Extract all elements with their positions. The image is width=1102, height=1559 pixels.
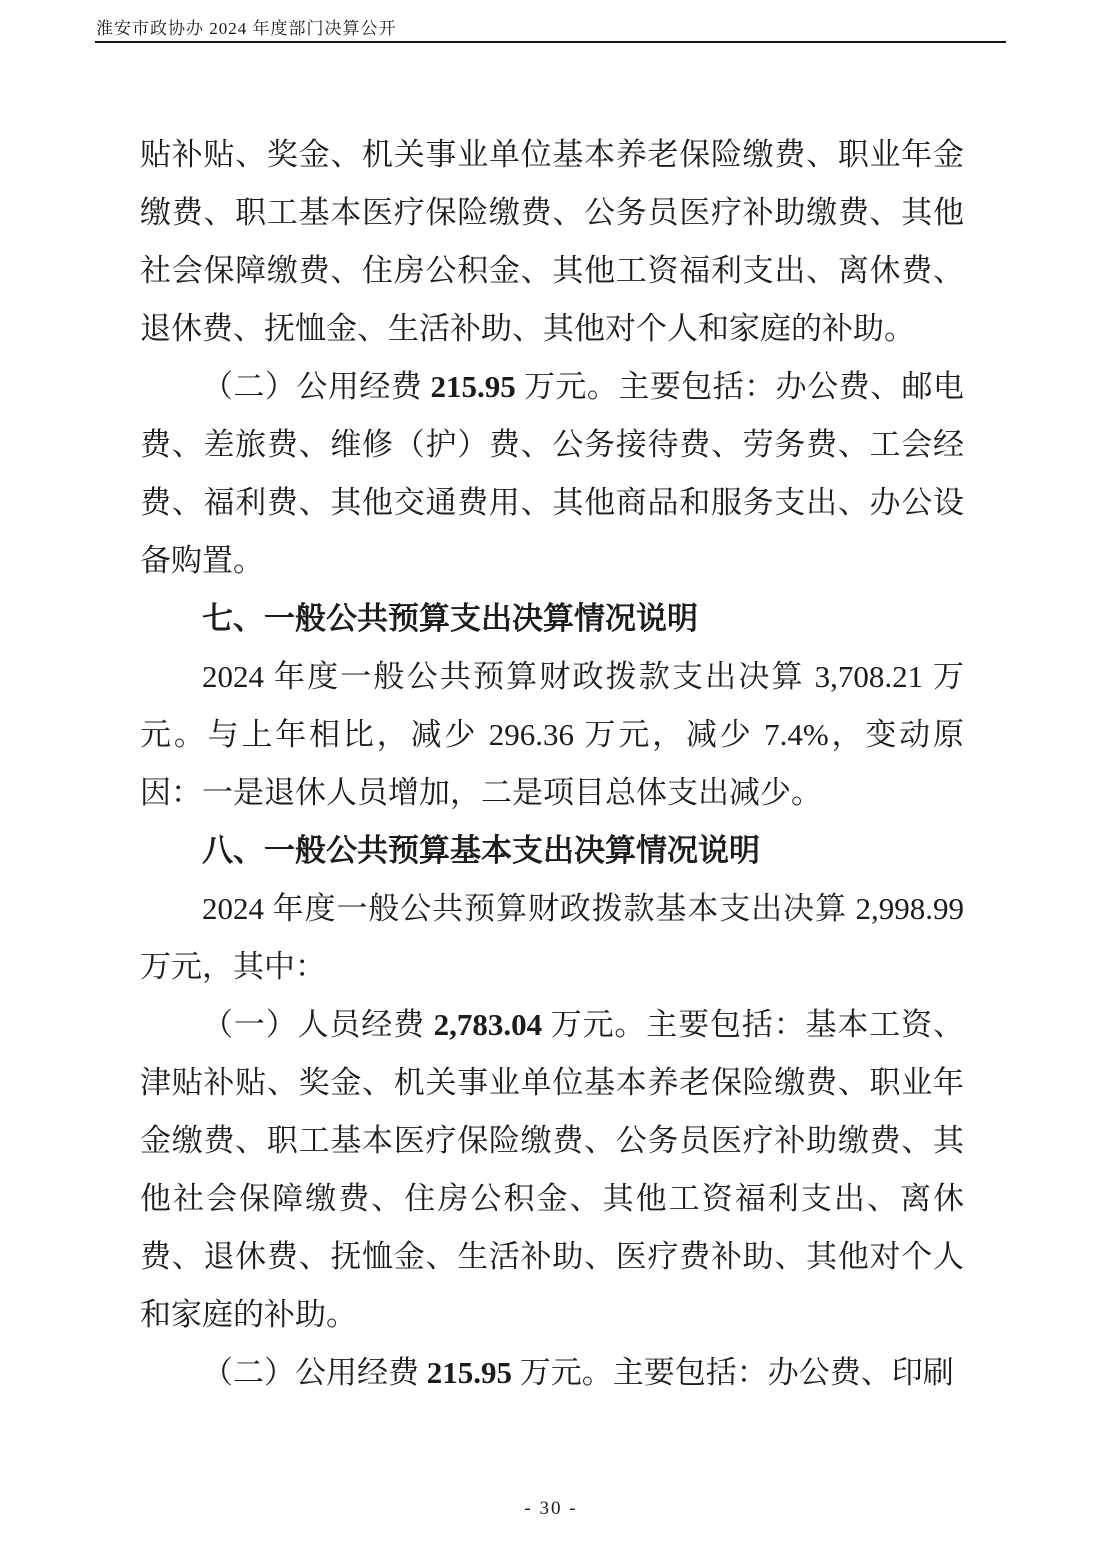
paragraph-public-expense-b: （二）公用经费 215.95 万元。主要包括：办公费、印刷: [140, 1344, 964, 1402]
paragraph-basic-expenditure: 2024 年度一般公共预算财政拨款基本支出决算 2,998.99 万元，其中：: [140, 880, 964, 996]
header-rule: [95, 41, 1006, 43]
page-header-title: 淮安市政协办 2024 年度部门决算公开: [96, 14, 397, 39]
paragraph-personnel-expense: （一）人员经费 2,783.04 万元。主要包括：基本工资、津贴补贴、奖金、机关…: [140, 996, 964, 1344]
page-footer: - 30 -: [0, 1498, 1102, 1520]
amount-public-expense-b: 215.95: [427, 1355, 512, 1390]
paragraph-text: （一）人员经费: [202, 1007, 434, 1042]
amount-public-expense-a: 215.95: [430, 369, 515, 404]
document-page: 淮安市政协办 2024 年度部门决算公开 贴补贴、奖金、机关事业单位基本养老保险…: [0, 0, 1102, 1559]
paragraph-budget-expenditure: 2024 年度一般公共预算财政拨款支出决算 3,708.21 万元。与上年相比，…: [140, 648, 964, 822]
paragraph-text: 万元。主要包括：基本工资、津贴补贴、奖金、机关事业单位基本养老保险缴费、职业年金…: [140, 1007, 964, 1332]
document-body: 贴补贴、奖金、机关事业单位基本养老保险缴费、职业年金缴费、职工基本医疗保险缴费、…: [140, 126, 964, 1402]
paragraph-public-expense-a: （二）公用经费 215.95 万元。主要包括：办公费、邮电费、差旅费、维修（护）…: [140, 358, 964, 590]
paragraph-text: 万元。主要包括：办公费、印刷: [512, 1355, 954, 1390]
heading-section-7: 七、一般公共预算支出决算情况说明: [140, 590, 964, 648]
page-number: - 30 -: [524, 1498, 577, 1519]
paragraph-text: 2024 年度一般公共预算财政拨款基本支出决算 2,998.99 万元，其中：: [140, 891, 964, 984]
paragraph-text: 贴补贴、奖金、机关事业单位基本养老保险缴费、职业年金缴费、职工基本医疗保险缴费、…: [140, 137, 964, 346]
heading-section-8: 八、一般公共预算基本支出决算情况说明: [140, 822, 964, 880]
paragraph-personnel-continuation: 贴补贴、奖金、机关事业单位基本养老保险缴费、职业年金缴费、职工基本医疗保险缴费、…: [140, 126, 964, 358]
paragraph-text: （二）公用经费: [202, 369, 430, 404]
amount-personnel-expense: 2,783.04: [434, 1007, 543, 1042]
paragraph-text: 2024 年度一般公共预算财政拨款支出决算 3,708.21 万元。与上年相比，…: [140, 659, 964, 810]
paragraph-text: （二）公用经费: [202, 1355, 427, 1390]
